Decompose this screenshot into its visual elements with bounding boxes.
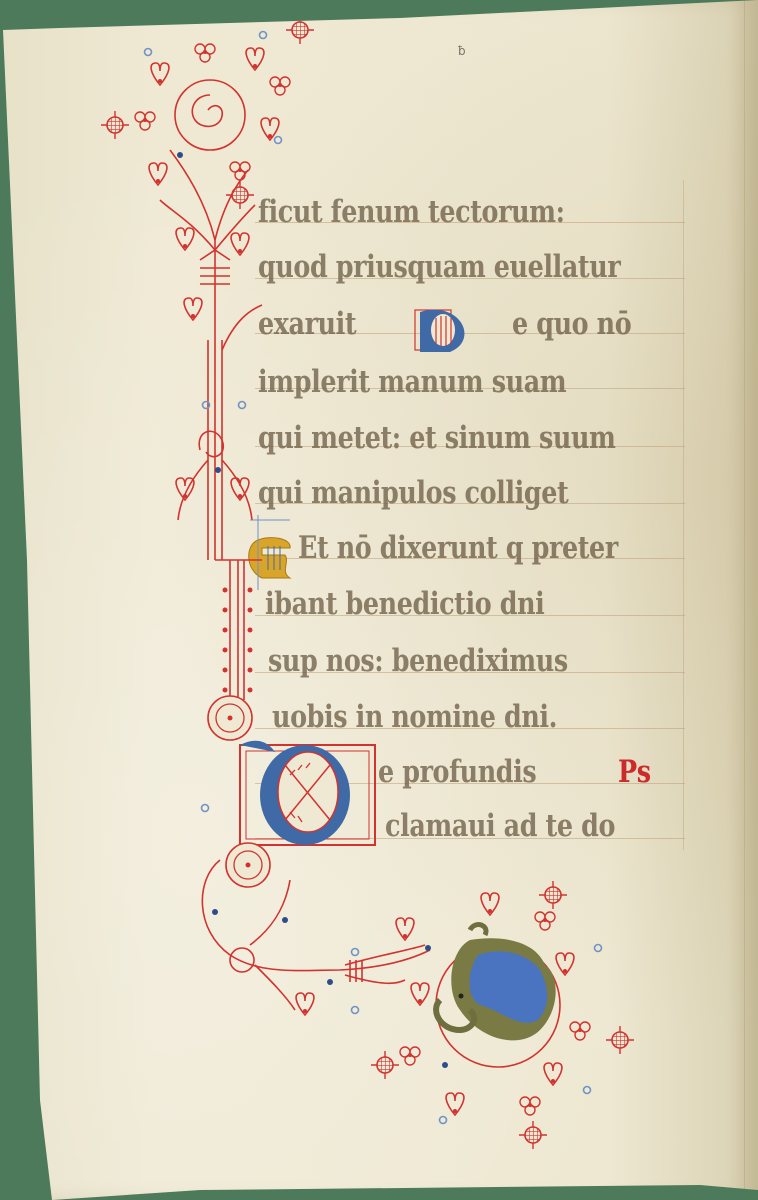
initial-e-gold (249, 515, 290, 590)
parchment-page: ƀ ficut fenum tectorum: quod priusquam e… (0, 0, 758, 1200)
top-flourish (160, 80, 262, 560)
initial-d-small (415, 310, 464, 352)
dolphin-initial (436, 925, 556, 1041)
initial-d-large (208, 696, 375, 887)
left-border-bar (215, 560, 262, 700)
decoration-layer (0, 0, 758, 1200)
